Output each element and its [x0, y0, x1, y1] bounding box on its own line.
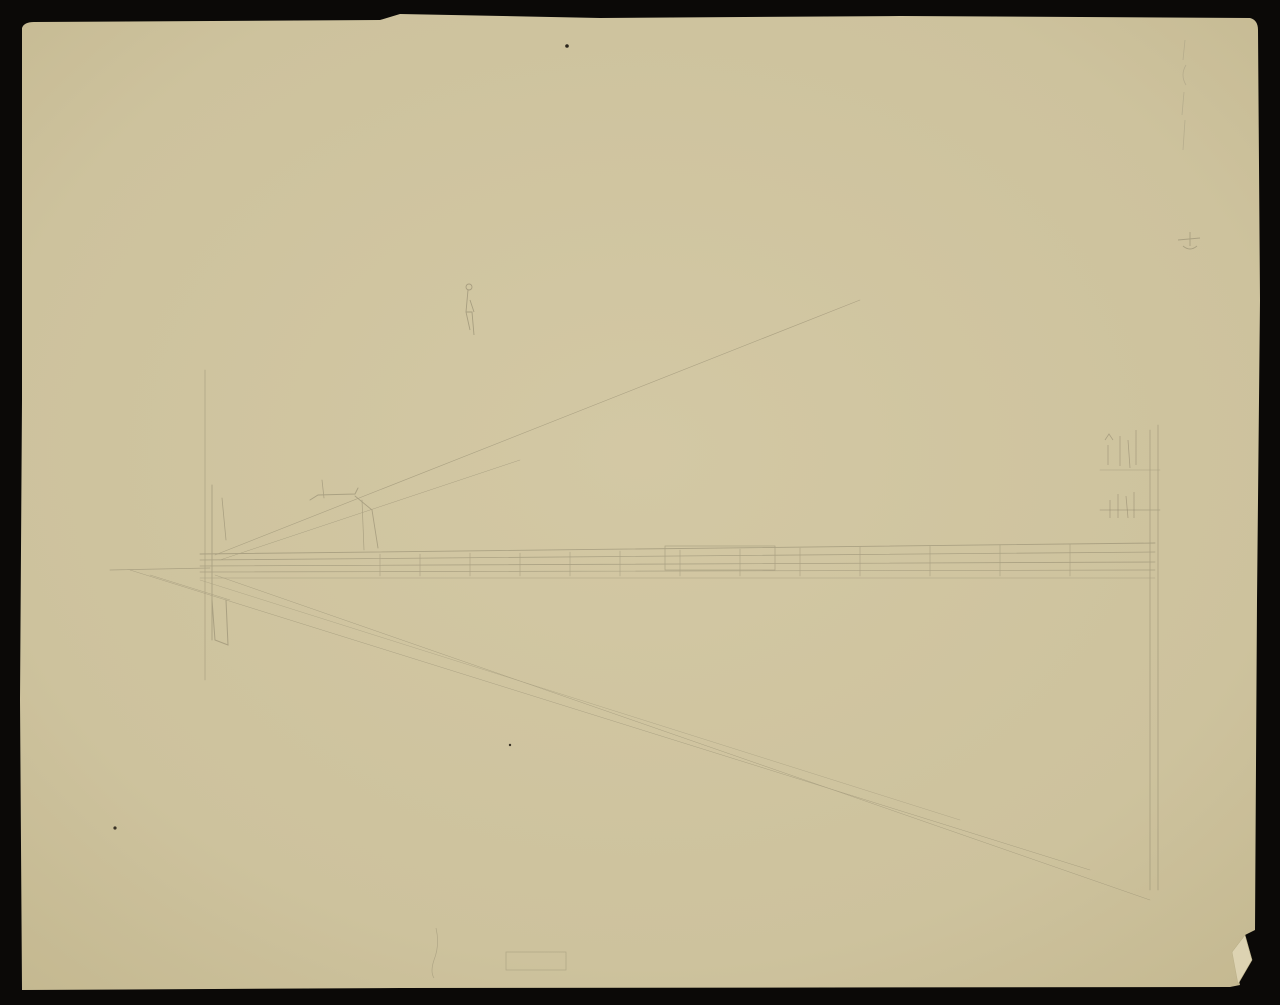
speck	[113, 826, 116, 829]
sketch-paper	[0, 0, 1280, 1005]
paper-sheet	[20, 14, 1260, 990]
speck	[565, 44, 569, 48]
speck	[509, 744, 511, 746]
